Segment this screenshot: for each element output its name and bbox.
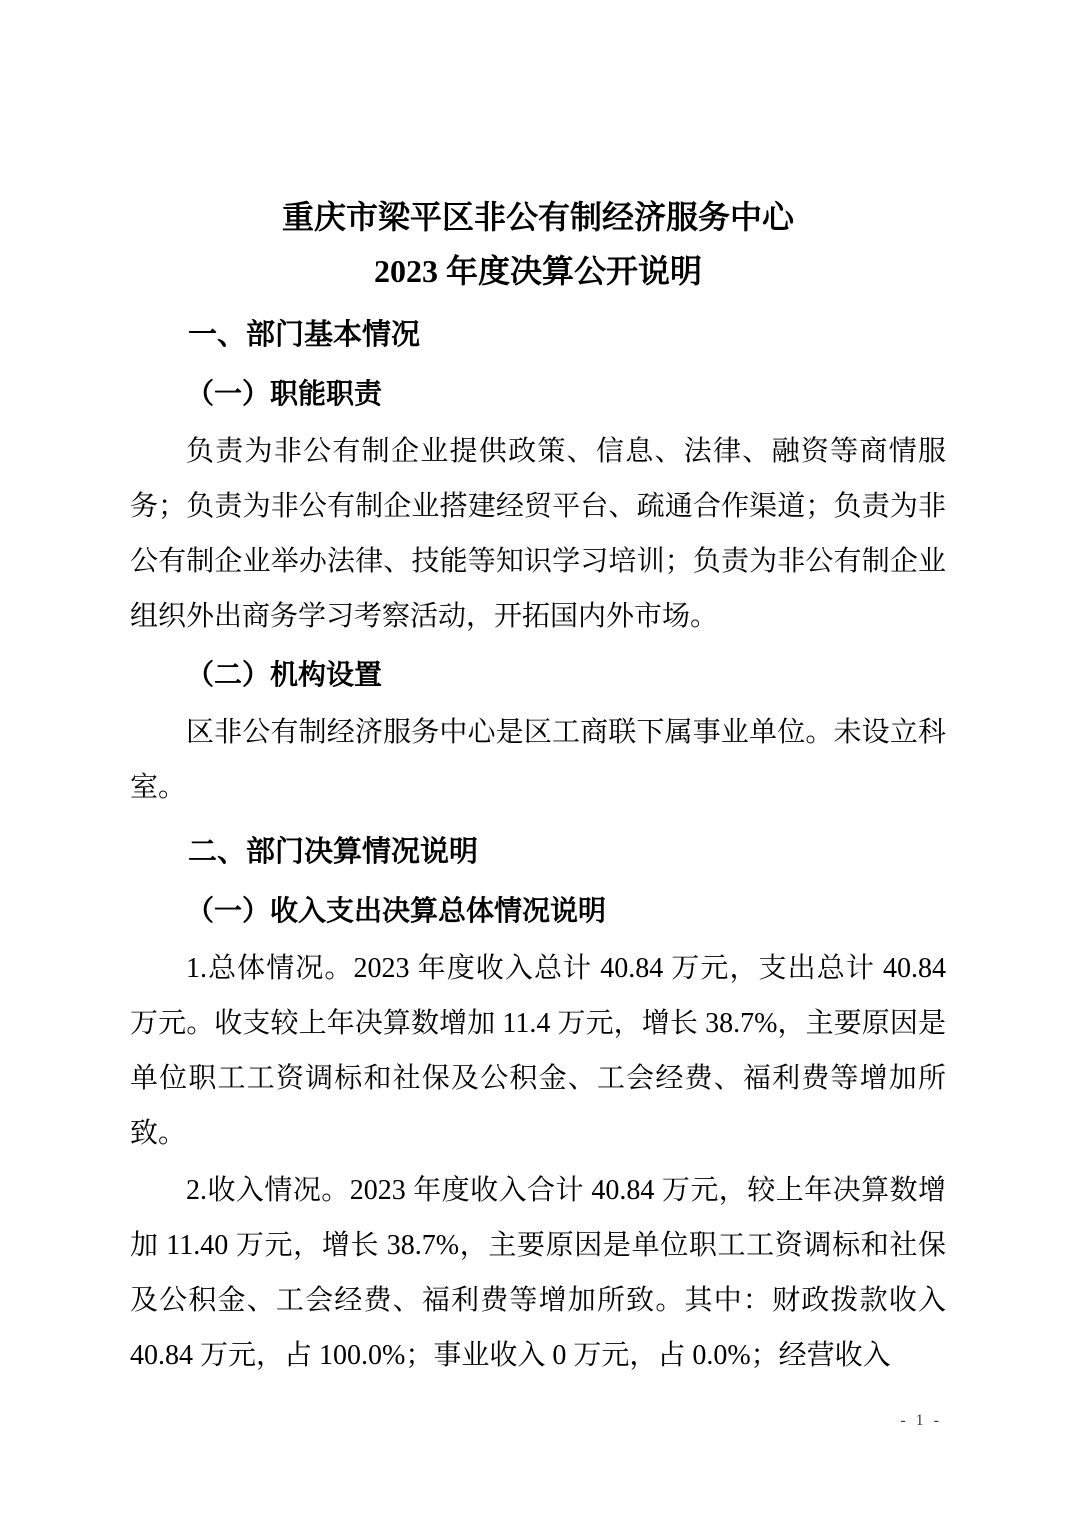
page-number: - 1 -	[900, 1412, 942, 1430]
paragraph: 区非公有制经济服务中心是区工商联下属事业单位。未设立科室。	[130, 705, 946, 815]
document-page: 重庆市梁平区非公有制经济服务中心 2023 年度决算公开说明 一、部门基本情况（…	[0, 0, 1075, 1520]
section-heading: 二、部门决算情况说明	[130, 825, 946, 880]
document-body: 一、部门基本情况（一）职能职责负责为非公有制企业提供政策、信息、法律、融资等商情…	[130, 308, 946, 1383]
document-title: 重庆市梁平区非公有制经济服务中心 2023 年度决算公开说明	[130, 190, 946, 298]
paragraph: 2.收入情况。2023 年度收入合计 40.84 万元，较上年决算数增加 11.…	[130, 1163, 946, 1383]
document-title-line-1: 重庆市梁平区非公有制经济服务中心	[130, 190, 946, 244]
document-content: 重庆市梁平区非公有制经济服务中心 2023 年度决算公开说明 一、部门基本情况（…	[130, 190, 946, 1383]
paragraph: 负责为非公有制企业提供政策、信息、法律、融资等商情服务；负责为非公有制企业搭建经…	[130, 424, 946, 644]
sub-heading: （二）机构设置	[130, 648, 946, 703]
document-title-line-2: 2023 年度决算公开说明	[130, 244, 946, 298]
section-heading: 一、部门基本情况	[130, 308, 946, 363]
sub-heading: （一）职能职责	[130, 367, 946, 422]
paragraph: 1.总体情况。2023 年度收入总计 40.84 万元，支出总计 40.84 万…	[130, 941, 946, 1161]
sub-heading: （一）收入支出决算总体情况说明	[130, 884, 946, 939]
